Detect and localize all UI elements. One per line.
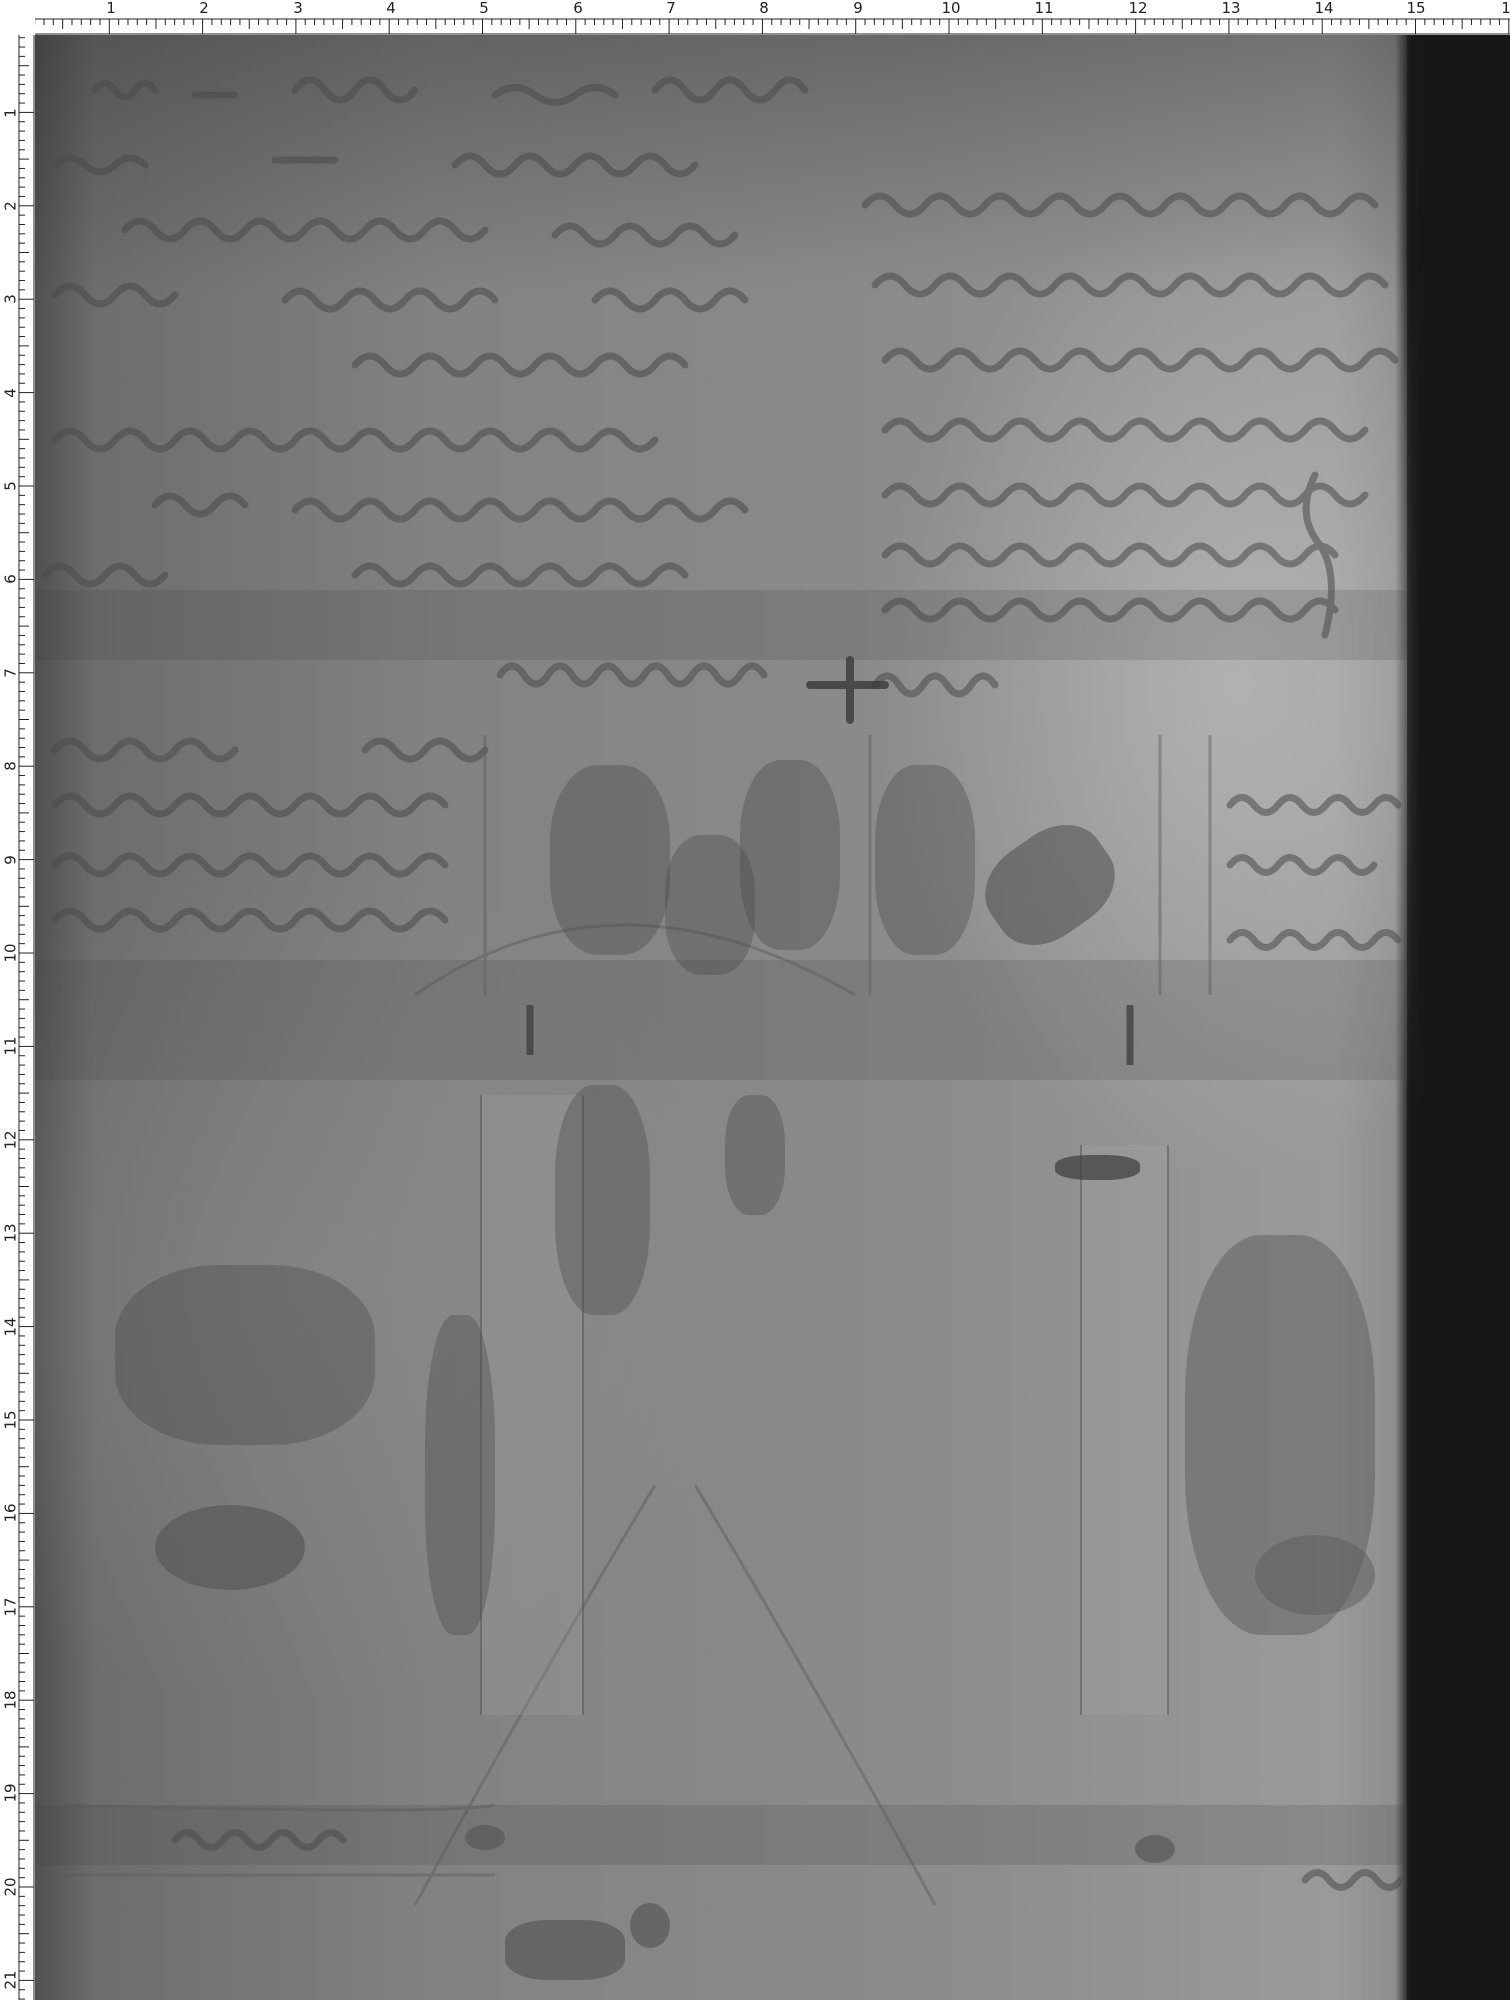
ruler-left-label: 3 xyxy=(4,289,19,309)
ruler-left-label: 4 xyxy=(4,383,19,403)
ruler-left-label: 5 xyxy=(4,476,19,496)
ruler-top-label: 8 xyxy=(759,1,769,16)
ruler-top-label: 15 xyxy=(1406,1,1425,16)
ruler-left-label: 1 xyxy=(4,103,19,123)
illustration-shade xyxy=(555,1085,650,1315)
illustration-shade xyxy=(115,1265,375,1445)
ink-blot xyxy=(505,1920,625,1980)
ink-blot xyxy=(1255,1535,1375,1615)
ruler-left-label: 20 xyxy=(4,1877,19,1897)
ruler-left-label: 17 xyxy=(4,1597,19,1617)
ruler-left-label: 15 xyxy=(4,1410,19,1430)
illustration-shade xyxy=(725,1095,785,1215)
ruler-left-label: 21 xyxy=(4,1970,19,1990)
ruler-top-label: 14 xyxy=(1314,1,1333,16)
ruler-top-ticks xyxy=(0,0,1510,35)
ruler-left-label: 16 xyxy=(4,1503,19,1523)
ruler-left-label: 7 xyxy=(4,663,19,683)
ruler-left-label: 9 xyxy=(4,850,19,870)
ruler-top-label: 10 xyxy=(941,1,960,16)
ink-blot xyxy=(155,1505,305,1590)
manuscript-scan xyxy=(35,35,1510,2000)
illustration-shade xyxy=(740,760,840,950)
scan-background-band xyxy=(1407,35,1510,2000)
ruler-top-label: 12 xyxy=(1128,1,1147,16)
illustration-column xyxy=(1080,1145,1169,1715)
ruler-top: 0 1 2 3 4 5 6 7 8 9 10 11 12 13 14 15 1 xyxy=(0,0,1510,35)
ruler-left-label: 11 xyxy=(4,1036,19,1056)
ruler-top-label: 5 xyxy=(479,1,489,16)
ink-blot xyxy=(1135,1835,1175,1863)
ink-blot xyxy=(465,1825,505,1850)
ruler-left-label: 2 xyxy=(4,196,19,216)
ruler-left-label: 13 xyxy=(4,1223,19,1243)
ruler-left-label: 10 xyxy=(4,943,19,963)
ruler-left-label: 8 xyxy=(4,756,19,776)
ruler-top-label: 7 xyxy=(666,1,676,16)
ruler-top-label: 11 xyxy=(1034,1,1053,16)
ruler-top-label: 4 xyxy=(386,1,396,16)
ruler-left-label: 18 xyxy=(4,1690,19,1710)
ruler-top-label: 1 xyxy=(1501,1,1510,16)
ruler-left-label: 6 xyxy=(4,569,19,589)
ruler-left: 0 1 2 3 4 5 6 7 8 9 10 11 12 13 14 15 16… xyxy=(0,0,35,2000)
ruler-top-label: 1 xyxy=(106,1,116,16)
ruler-top-label: 2 xyxy=(199,1,209,16)
ruler-corner xyxy=(0,0,35,35)
ruler-left-label: 19 xyxy=(4,1783,19,1803)
illustration-shade xyxy=(875,765,975,955)
ruler-top-label: 13 xyxy=(1221,1,1240,16)
ruler-left-label: 12 xyxy=(4,1130,19,1150)
ruler-top-label: 9 xyxy=(853,1,863,16)
cross-icon xyxy=(810,660,885,720)
illustration-shade xyxy=(425,1315,495,1635)
illustration-shade xyxy=(550,765,670,955)
script-text-lines xyxy=(35,35,1407,2000)
ruler-top-label: 6 xyxy=(573,1,583,16)
ink-blot xyxy=(630,1903,670,1948)
ruler-top-label: 3 xyxy=(293,1,303,16)
illustration-shade xyxy=(1055,1155,1140,1180)
ruler-left-label: 14 xyxy=(4,1317,19,1337)
